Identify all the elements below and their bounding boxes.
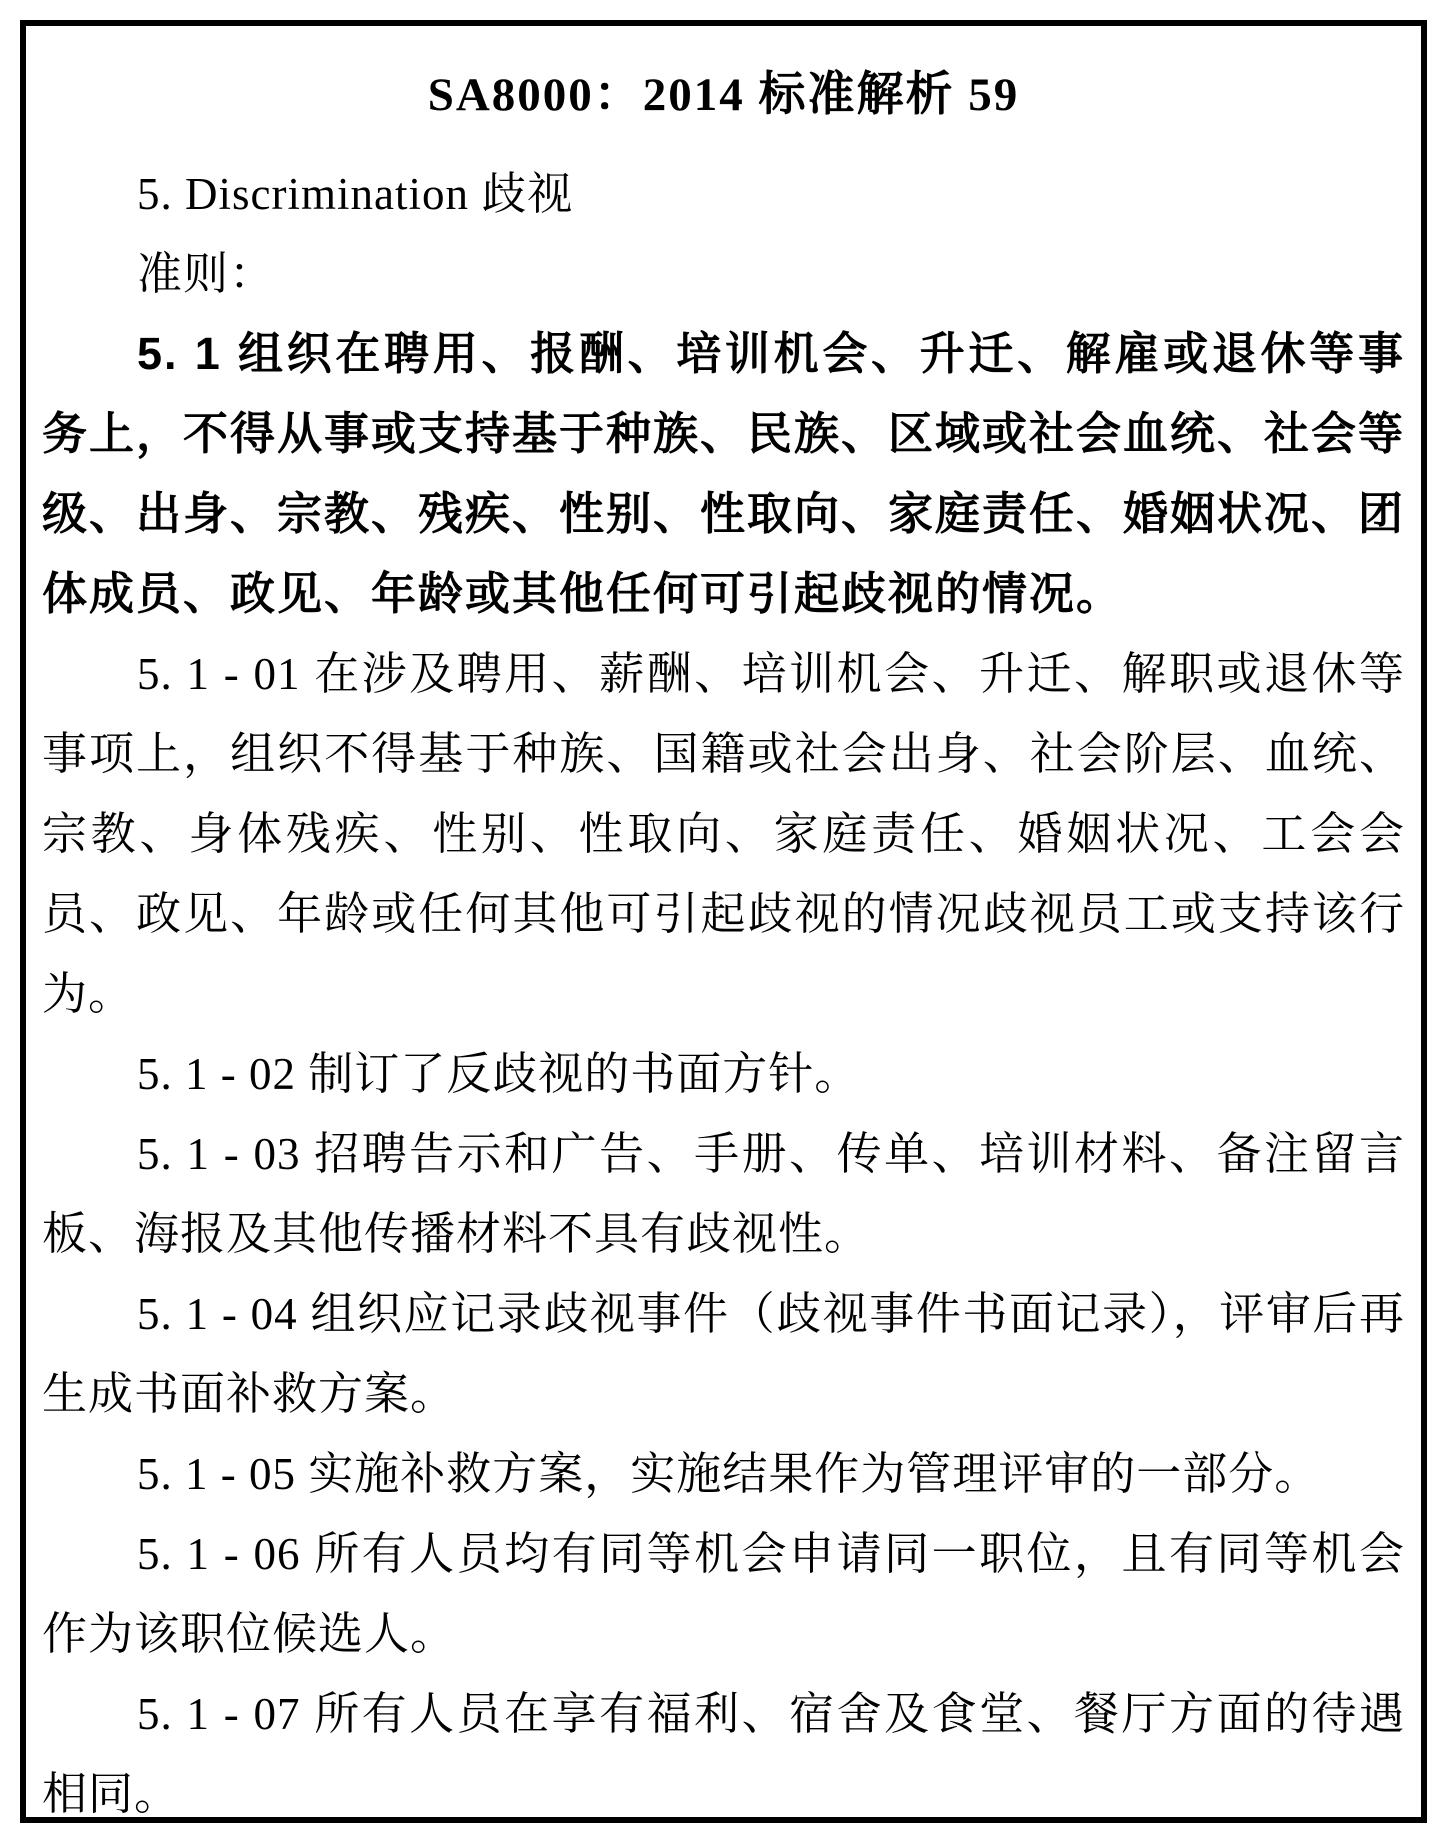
clause-5-1-06: 5. 1 - 06 所有人员均有同等机会申请同一职位，且有同等机会作为该职位候选…: [42, 1514, 1405, 1674]
clause-5-1-03: 5. 1 - 03 招聘告示和广告、手册、传单、培训材料、备注留言板、海报及其他…: [42, 1114, 1405, 1274]
clause-5-1-01: 5. 1 - 01 在涉及聘用、薪酬、培训机会、升迁、解职或退休等事项上，组织不…: [42, 634, 1405, 1034]
clause-5-1-02: 5. 1 - 02 制订了反歧视的书面方针。: [42, 1034, 1405, 1114]
document-page-content: SA8000：2014 标准解析 59 5. Discrimination 歧视…: [26, 26, 1421, 1823]
clause-5-1-07: 5. 1 - 07 所有人员在享有福利、宿舍及食堂、餐厅方面的待遇相同。: [42, 1674, 1405, 1823]
section-heading: 5. Discrimination 歧视: [42, 154, 1405, 234]
clause-5-1-04: 5. 1 - 04 组织应记录歧视事件（歧视事件书面记录），评审后再生成书面补救…: [42, 1274, 1405, 1434]
criteria-label: 准则：: [42, 234, 1405, 314]
clause-5-1-05: 5. 1 - 05 实施补救方案，实施结果作为管理评审的一部分。: [42, 1434, 1405, 1514]
document-title: SA8000：2014 标准解析 59: [42, 54, 1405, 136]
clause-5-1: 5. 1 组织在聘用、报酬、培训机会、升迁、解雇或退休等事务上，不得从事或支持基…: [42, 314, 1405, 634]
document-page-frame: SA8000：2014 标准解析 59 5. Discrimination 歧视…: [20, 20, 1427, 1823]
